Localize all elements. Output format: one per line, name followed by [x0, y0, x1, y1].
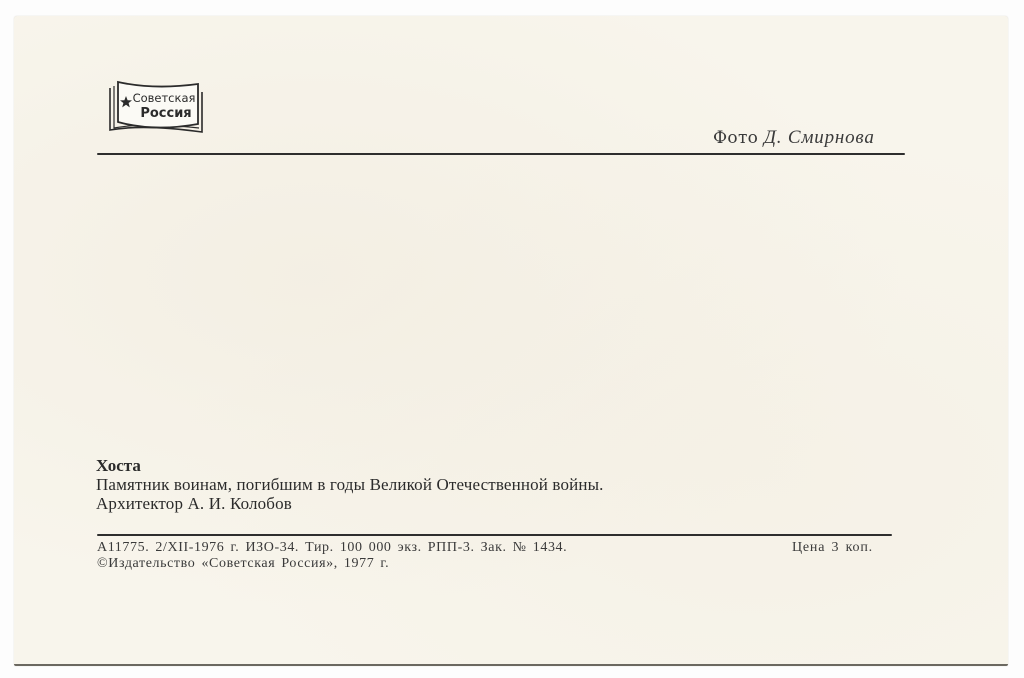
- bottom-divider: [97, 534, 892, 536]
- svg-text:Россия: Россия: [140, 106, 191, 121]
- svg-text:Советская: Советская: [133, 91, 196, 105]
- caption-architect: Архитектор А. И. Колобов: [96, 494, 604, 513]
- caption-block: Хоста Памятник воинам, погибшим в годы В…: [96, 456, 604, 513]
- imprint-line-1: А11775. 2/XII-1976 г. ИЗО-34. Тир. 100 0…: [97, 540, 567, 556]
- price-label: Цена 3 коп.: [792, 540, 873, 556]
- top-divider: [97, 153, 905, 155]
- caption-title: Хоста: [96, 456, 604, 475]
- caption-description: Памятник воинам, погибшим в годы Великой…: [96, 475, 604, 494]
- photo-credit: Фото Д. Смирнова: [713, 127, 875, 149]
- imprint-line-2: ©Издательство «Советская Россия», 1977 г…: [97, 556, 567, 572]
- publisher-logo: Советская Россия: [104, 80, 208, 138]
- photographer-name: Д. Смирнова: [764, 127, 875, 148]
- imprint-block: А11775. 2/XII-1976 г. ИЗО-34. Тир. 100 0…: [97, 540, 567, 572]
- postcard-scan: Советская Россия Фото Д. Смирнова Хоста …: [0, 0, 1024, 678]
- photo-credit-prefix: Фото: [713, 128, 758, 148]
- star-flag-icon: Советская Россия: [104, 80, 208, 138]
